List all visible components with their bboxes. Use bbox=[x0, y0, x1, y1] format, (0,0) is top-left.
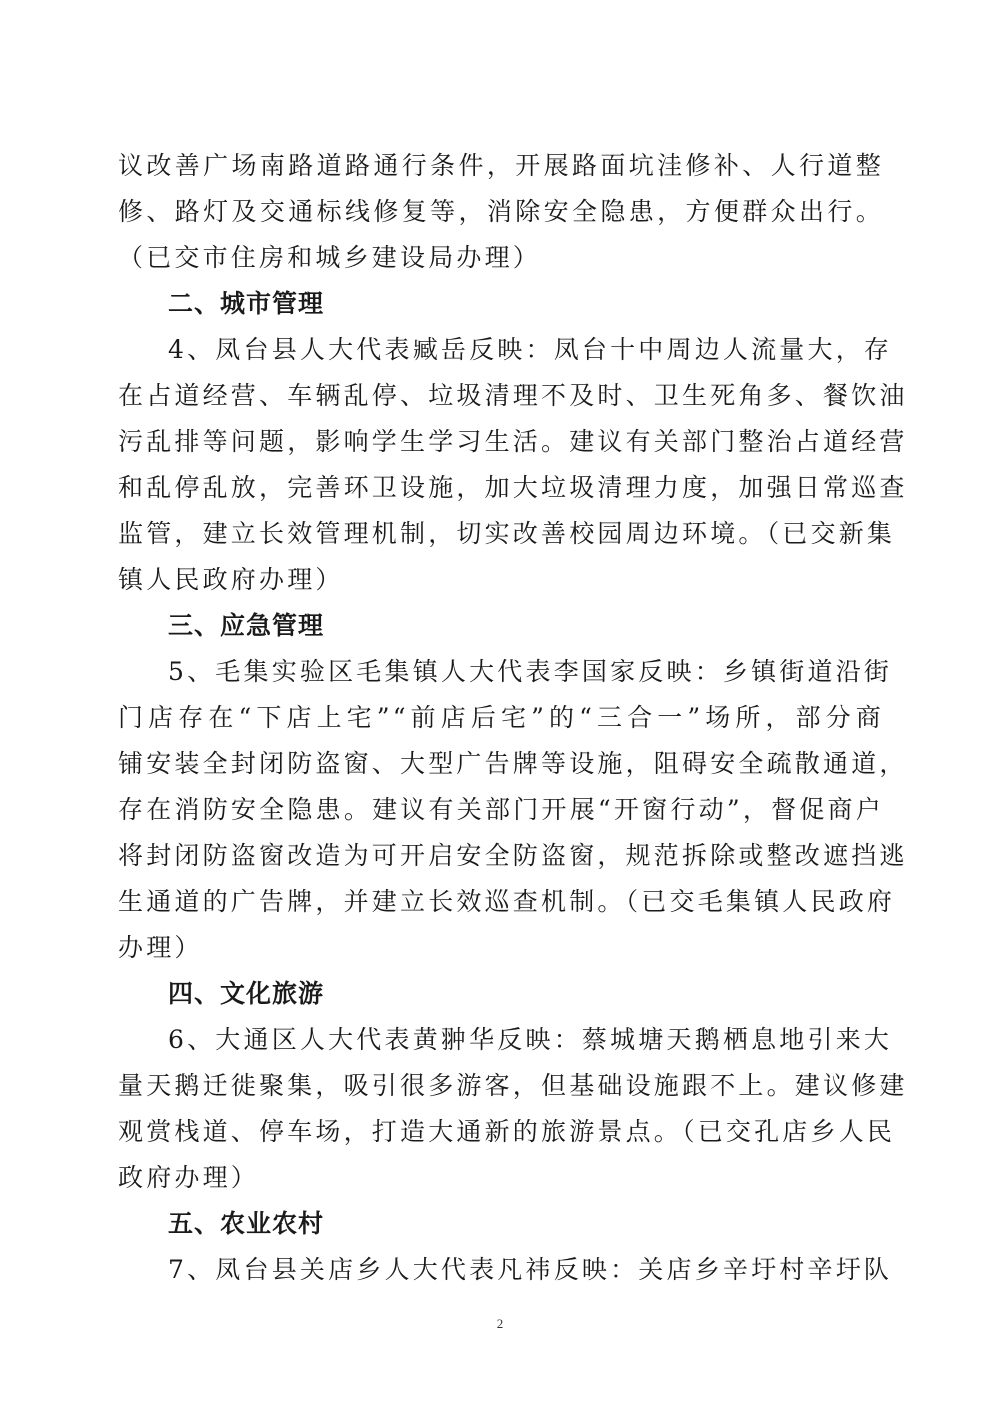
item-4-line: 4、凤台县人大代表臧岳反映：凤台十中周边人流量大，存 bbox=[168, 327, 884, 372]
paragraph-line: 修、路灯及交通标线修复等，消除安全隐患，方便群众出行。 bbox=[118, 189, 884, 234]
item-5-line: 生通道的广告牌，并建立长效巡查机制。（已交毛集镇人民政府 bbox=[118, 879, 884, 924]
section-heading-agriculture-rural: 五、农业农村 bbox=[168, 1201, 324, 1246]
item-5-line: 存在消防安全隐患。建议有关部门开展“开窗行动”，督促商户 bbox=[118, 787, 884, 832]
section-heading-urban-management: 二、城市管理 bbox=[168, 281, 324, 326]
item-4-line: 镇人民政府办理） bbox=[118, 557, 884, 602]
document-page: 议改善广场南路道路通行条件，开展路面坑洼修补、人行道整 修、路灯及交通标线修复等… bbox=[0, 0, 1000, 1415]
item-4-line: 和乱停乱放，完善环卫设施，加大垃圾清理力度，加强日常巡查 bbox=[118, 465, 884, 510]
item-6-line: 6、大通区人大代表黄翀华反映：蔡城塘天鹅栖息地引来大 bbox=[168, 1017, 884, 1062]
paragraph-line: （已交市住房和城乡建设局办理） bbox=[118, 235, 884, 280]
item-4-line: 监管，建立长效管理机制，切实改善校园周边环境。（已交新集 bbox=[118, 511, 884, 556]
item-5-line: 铺安装全封闭防盗窗、大型广告牌等设施，阻碍安全疏散通道， bbox=[118, 741, 884, 786]
item-6-line: 量天鹅迁徙聚集，吸引很多游客，但基础设施跟不上。建议修建 bbox=[118, 1063, 884, 1108]
item-7-line: 7、凤台县关店乡人大代表凡祎反映：关店乡辛圩村辛圩队 bbox=[168, 1247, 884, 1292]
section-heading-emergency-management: 三、应急管理 bbox=[168, 603, 324, 648]
item-5-line: 将封闭防盗窗改造为可开启安全防盗窗，规范拆除或整改遮挡逃 bbox=[118, 833, 884, 878]
section-heading-culture-tourism: 四、文化旅游 bbox=[168, 971, 324, 1016]
item-5-line: 办理） bbox=[118, 925, 884, 970]
item-6-line: 观赏栈道、停车场，打造大通新的旅游景点。（已交孔店乡人民 bbox=[118, 1109, 884, 1154]
paragraph-line: 议改善广场南路道路通行条件，开展路面坑洼修补、人行道整 bbox=[118, 143, 884, 188]
item-5-line: 5、毛集实验区毛集镇人大代表李国家反映：乡镇街道沿街 bbox=[168, 649, 884, 694]
item-4-line: 污乱排等问题，影响学生学习生活。建议有关部门整治占道经营 bbox=[118, 419, 884, 464]
item-6-line: 政府办理） bbox=[118, 1155, 884, 1200]
item-4-line: 在占道经营、车辆乱停、垃圾清理不及时、卫生死角多、餐饮油 bbox=[118, 373, 884, 418]
page-number: 2 bbox=[490, 1316, 510, 1332]
item-5-line: 门店存在“下店上宅”“前店后宅”的“三合一”场所，部分商 bbox=[118, 695, 884, 740]
